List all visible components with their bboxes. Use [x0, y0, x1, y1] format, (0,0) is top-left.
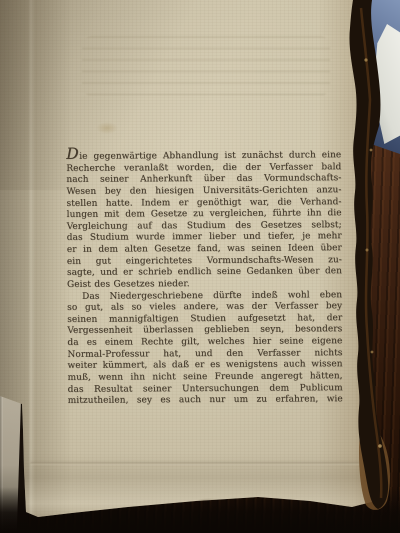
text-line: Wesen bey den hiesigen Universitäts-Geri…	[66, 185, 341, 198]
paper-stain	[96, 122, 118, 134]
text-line: muß, wenn ihn nicht seine Freunde angere…	[68, 371, 343, 384]
ink-show-through	[82, 36, 330, 96]
printed-text-block: Die gegenwärtige Abhandlung ist zunächst…	[66, 150, 343, 407]
text-line: sagte, und er schrieb endlich seine Geda…	[67, 266, 342, 279]
paper-wrinkle	[30, 462, 360, 465]
text-line: mitzutheilen, sey es auch nur um zu erfa…	[68, 394, 343, 407]
photo-of-old-book-page: Die gegenwärtige Abhandlung ist zunächst…	[0, 0, 400, 533]
book-page: Die gegenwärtige Abhandlung ist zunächst…	[0, 0, 400, 533]
